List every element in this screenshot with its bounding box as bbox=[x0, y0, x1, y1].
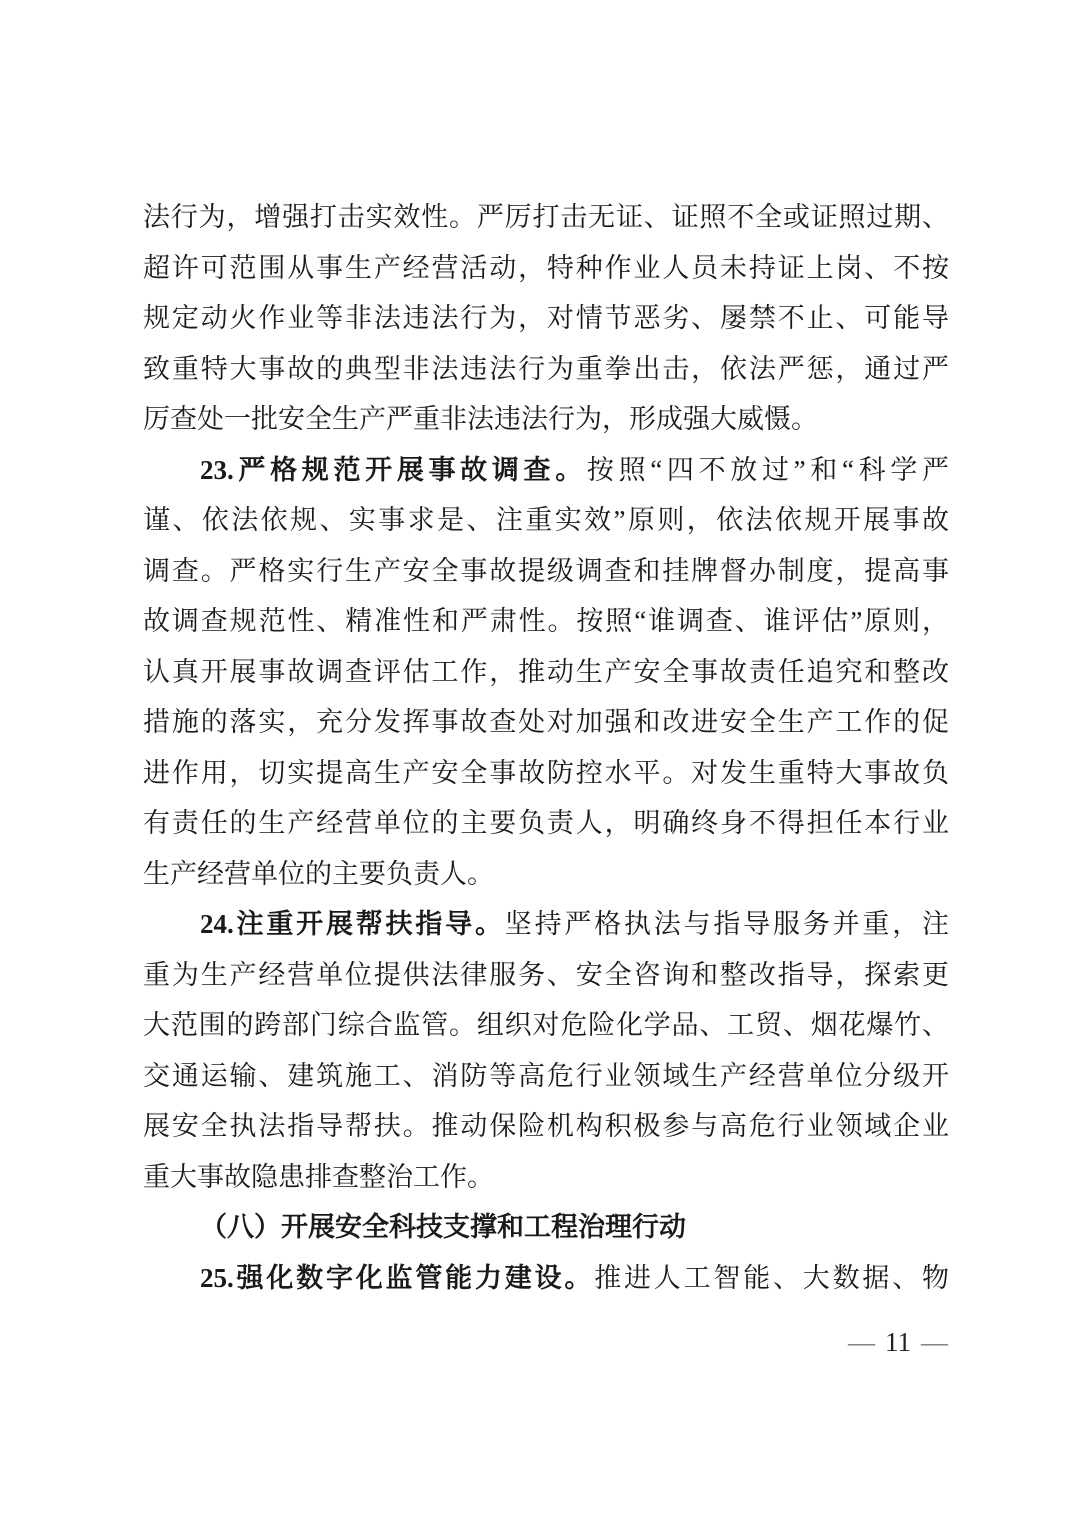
page-number: 11 bbox=[885, 1327, 911, 1357]
text-line: 规定动火作业等非法违法行为，对情节恶劣、屡禁不止、可能导 bbox=[143, 293, 949, 344]
text-line: 法行为，增强打击实效性。严厉打击无证、证照不全或证照过期、 bbox=[143, 192, 949, 243]
text-line: 认真开展事故调查评估工作，推动生产安全事故责任追究和整改 bbox=[143, 647, 949, 698]
line-text: 交通运输、建筑施工、消防等高危行业领域生产经营单位分级开 bbox=[143, 1061, 949, 1091]
document-page: 法行为，增强打击实效性。严厉打击无证、证照不全或证照过期、 超许可范围从事生产经… bbox=[0, 0, 1074, 1520]
heading-23: 23.严格规范开展事故调查。 bbox=[200, 455, 587, 485]
line-text: 进作用，切实提高生产安全事故防控水平。对发生重特大事故负 bbox=[143, 758, 949, 788]
line-text: 推进人工智能、大数据、物 bbox=[594, 1263, 949, 1293]
text-line: 超许可范围从事生产经营活动，特种作业人员未持证上岗、不按 bbox=[143, 243, 949, 294]
text-line: 重为生产经营单位提供法律服务、安全咨询和整改指导，探索更 bbox=[143, 950, 949, 1001]
line-text: 重为生产经营单位提供法律服务、安全咨询和整改指导，探索更 bbox=[143, 960, 949, 990]
heading-25: 25.强化数字化监管能力建设。 bbox=[200, 1263, 594, 1293]
line-text: 故调查规范性、精准性和严肃性。按照“谁调查、谁评估”原则， bbox=[143, 606, 949, 636]
text-line: 调查。严格实行生产安全事故提级调查和挂牌督办制度，提高事 bbox=[143, 546, 949, 597]
text-line: 24.注重开展帮扶指导。坚持严格执法与指导服务并重，注 bbox=[143, 899, 949, 950]
text-line: 致重特大事故的典型非法违法行为重拳出击，依法严惩，通过严 bbox=[143, 344, 949, 395]
text-line: 有责任的生产经营单位的主要负责人，明确终身不得担任本行业 bbox=[143, 798, 949, 849]
line-text: 规定动火作业等非法违法行为，对情节恶劣、屡禁不止、可能导 bbox=[143, 303, 949, 333]
footer-dash-left: — bbox=[848, 1327, 875, 1357]
text-line: 大范围的跨部门综合监管。组织对危险化学品、工贸、烟花爆竹、 bbox=[143, 1000, 949, 1051]
text-line: 交通运输、建筑施工、消防等高危行业领域生产经营单位分级开 bbox=[143, 1051, 949, 1102]
line-text: 厉查处一批安全生产严重非法违法行为，形成强大威慑。 bbox=[143, 404, 818, 434]
line-text: 法行为，增强打击实效性。严厉打击无证、证照不全或证照过期、 bbox=[143, 202, 949, 232]
line-text: 重大事故隐患排查整治工作。 bbox=[143, 1162, 494, 1192]
text-line: （八）开展安全科技支撑和工程治理行动 bbox=[143, 1202, 949, 1253]
text-line: 措施的落实，充分发挥事故查处对加强和改进安全生产工作的促 bbox=[143, 697, 949, 748]
text-line: 谨、依法依规、实事求是、注重实效”原则，依法依规开展事故 bbox=[143, 495, 949, 546]
text-line: 生产经营单位的主要负责人。 bbox=[143, 849, 949, 900]
text-line: 重大事故隐患排查整治工作。 bbox=[143, 1152, 949, 1203]
line-text: 超许可范围从事生产经营活动，特种作业人员未持证上岗、不按 bbox=[143, 253, 949, 283]
text-block: 法行为，增强打击实效性。严厉打击无证、证照不全或证照过期、 超许可范围从事生产经… bbox=[143, 192, 949, 1303]
text-line: 25.强化数字化监管能力建设。推进人工智能、大数据、物 bbox=[143, 1253, 949, 1304]
text-line: 展安全执法指导帮扶。推动保险机构积极参与高危行业领域企业 bbox=[143, 1101, 949, 1152]
page-footer: —11— bbox=[848, 1322, 948, 1362]
line-text: 按照“四不放过”和“科学严 bbox=[587, 455, 949, 485]
text-line: 厉查处一批安全生产严重非法违法行为，形成强大威慑。 bbox=[143, 394, 949, 445]
line-text: 展安全执法指导帮扶。推动保险机构积极参与高危行业领域企业 bbox=[143, 1111, 949, 1141]
text-line: 23.严格规范开展事故调查。按照“四不放过”和“科学严 bbox=[143, 445, 949, 496]
heading-24: 24.注重开展帮扶指导。 bbox=[200, 909, 505, 939]
text-line: 故调查规范性、精准性和严肃性。按照“谁调查、谁评估”原则， bbox=[143, 596, 949, 647]
line-text: 调查。严格实行生产安全事故提级调查和挂牌督办制度，提高事 bbox=[143, 556, 949, 586]
footer-dash-right: — bbox=[921, 1327, 948, 1357]
line-text: 生产经营单位的主要负责人。 bbox=[143, 859, 494, 889]
heading-section-8: （八）开展安全科技支撑和工程治理行动 bbox=[200, 1212, 686, 1242]
line-text: 大范围的跨部门综合监管。组织对危险化学品、工贸、烟花爆竹、 bbox=[143, 1010, 949, 1040]
line-text: 认真开展事故调查评估工作，推动生产安全事故责任追究和整改 bbox=[143, 657, 949, 687]
line-text: 谨、依法依规、实事求是、注重实效”原则，依法依规开展事故 bbox=[143, 505, 949, 535]
line-text: 致重特大事故的典型非法违法行为重拳出击，依法严惩，通过严 bbox=[143, 354, 949, 384]
text-line: 进作用，切实提高生产安全事故防控水平。对发生重特大事故负 bbox=[143, 748, 949, 799]
line-text: 措施的落实，充分发挥事故查处对加强和改进安全生产工作的促 bbox=[143, 707, 949, 737]
line-text: 坚持严格执法与指导服务并重，注 bbox=[505, 909, 949, 939]
line-text: 有责任的生产经营单位的主要负责人，明确终身不得担任本行业 bbox=[143, 808, 949, 838]
